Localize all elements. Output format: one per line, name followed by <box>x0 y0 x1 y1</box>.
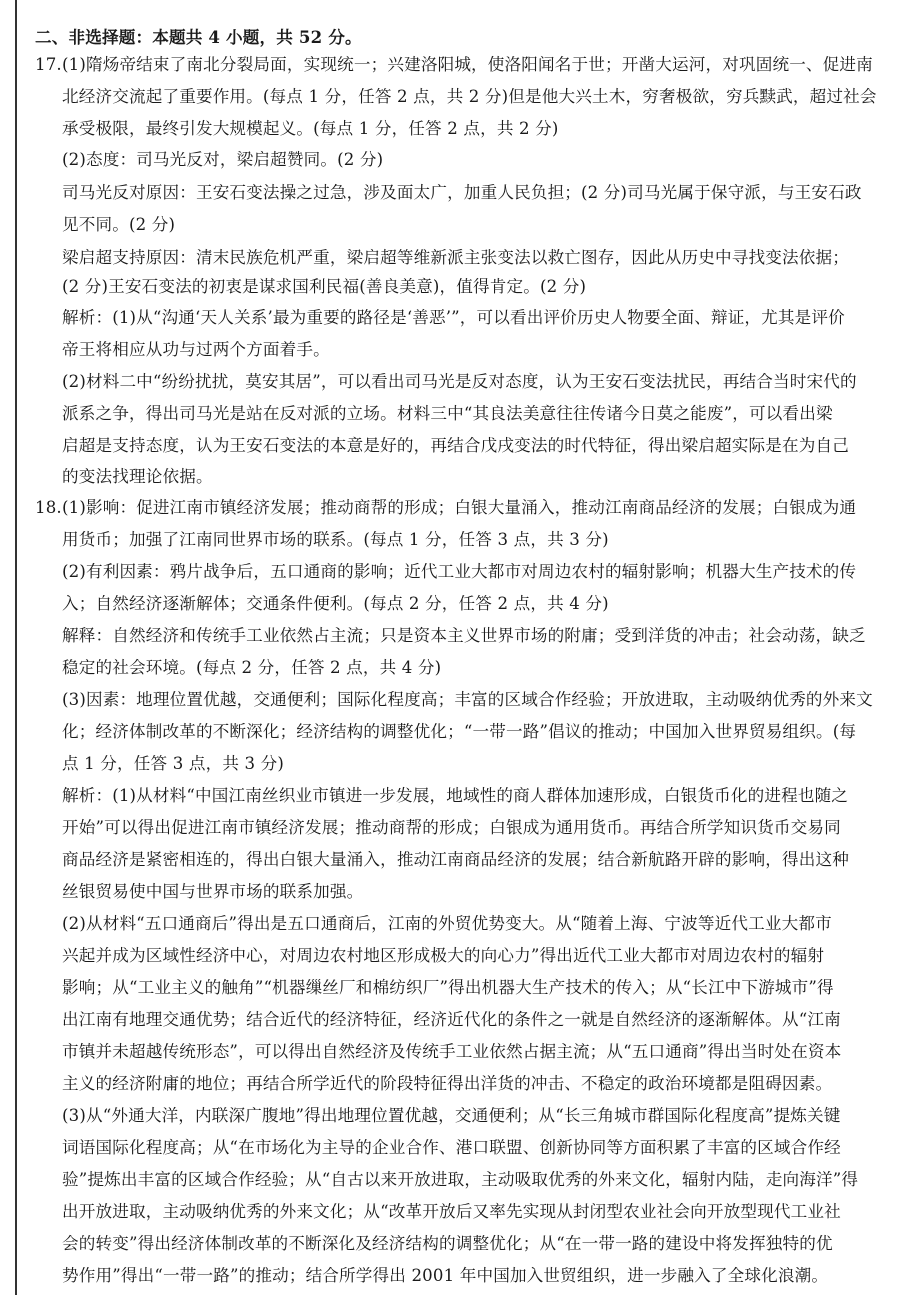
answer-line: (1)影响：促进江南市镇经济发展；推动商帮的形成；白银大量涌入，推动江南商品经济… <box>62 498 856 518</box>
analysis-line: 丝银贸易使中国与世界市场的联系加强。 <box>62 882 363 902</box>
analysis-line: 出江南有地理交通优势；结合近代的经济特征，经济近代化的条件之一就是自然经济的逐渐… <box>62 1010 841 1030</box>
analysis-line: 词语国际化程度高；从“在市场化为主导的企业合作、港口联盟、创新协同等方面积累了丰… <box>62 1138 841 1158</box>
answer-line: (2)有利因素：鸦片战争后，五口通商的影响；近代工业大都市对周边农村的辐射影响；… <box>62 562 856 582</box>
analysis-line: 主义的经济附庸的地位；再结合所学近代的阶段特征得出洋货的冲击、不稳定的政治环境都… <box>62 1074 832 1094</box>
analysis-line: 会的转变”得出经济体制改革的不断深化及经济结构的调整优化；从“在一带一路的建设中… <box>62 1234 833 1254</box>
analysis-line: (2)从材料“五口通商后”得出是五口通商后，江南的外贸优势变大。从“随着上海、宁… <box>62 914 832 934</box>
answer-line: (2 分)王安石变法的初衷是谋求国利民福(善良美意)，值得肯定。(2 分) <box>62 277 586 297</box>
answer-line: 解释：自然经济和传统手工业依然占主流；只是资本主义世界市场的附庸；受到洋货的冲击… <box>62 626 866 646</box>
analysis-line: 派系之争，得出司马光是站在反对派的立场。材料三中“其良法美意往往传诸今日莫之能废… <box>62 404 833 424</box>
analysis-line: 帝王将相应从功与过两个方面着手。 <box>62 340 330 360</box>
analysis-line: 兴起并成为区域性经济中心，对周边农村地区形成极大的向心力”得出近代工业大都市对周… <box>62 946 824 966</box>
section-heading: 二、非选择题：本题共 4 小题，共 52 分。 <box>35 27 362 47</box>
analysis-line: 势作用”得出“一带一路”的推动；结合所学得出 2001 年中国加入世贸组织，进一… <box>62 1266 828 1286</box>
answer-line: 承受极限，最终引发大规模起义。(每点 1 分，任答 2 点，共 2 分) <box>62 119 559 139</box>
answer-line: 梁启超支持原因：清末民族危机严重，梁启超等维新派主张变法以救亡图存，因此从历史中… <box>62 248 849 268</box>
answer-line: 见不同。(2 分) <box>62 215 175 235</box>
question-number: 18. <box>35 498 62 518</box>
analysis-line: 解析：(1)从“沟通‘天人关系’最为重要的路径是‘善恶’”，可以看出评价历史人物… <box>62 308 845 328</box>
analysis-line: 解析：(1)从材料“中国江南丝织业市镇进一步发展，地域性的商人群体加速形成，白银… <box>62 786 848 806</box>
analysis-line: 影响；从“工业主义的触角”“机器缫丝厂和棉纺织厂”得出机器大生产技术的传入；从“… <box>62 978 834 998</box>
analysis-line: 商品经济是紧密相连的，得出白银大量涌入，推动江南商品经济的发展；结合新航路开辟的… <box>62 850 849 870</box>
analysis-line: (2)材料二中“纷纷扰扰，莫安其居”，可以看出司马光是反对态度，认为王安石变法扰… <box>62 372 857 392</box>
analysis-line: 启超是支持态度，认为王安石变法的本意是好的，再结合戊戌变法的时代特征，得出梁启超… <box>62 436 849 456</box>
answer-line: (3)因素：地理位置优越，交通便利；国际化程度高；丰富的区域合作经验；开放进取，… <box>62 690 873 710</box>
analysis-line: 出开放进取，主动吸纳优秀的外来文化；从“改革开放后又率先实现从封闭型农业社会向开… <box>62 1202 841 1222</box>
analysis-line: 开始”可以得出促进江南市镇经济发展；推动商帮的形成；白银成为通用货币。再结合所学… <box>62 818 841 838</box>
answer-line: 化；经济体制改革的不断深化；经济结构的调整优化；“一带一路”倡议的推动；中国加入… <box>62 722 856 742</box>
answer-line: 司马光反对原因：王安石变法操之过急，涉及面太广，加重人民负担；(2 分)司马光属… <box>62 183 862 203</box>
analysis-line: 验”提炼出丰富的区域合作经验；从“自古以来开放进取，主动吸取优秀的外来文化，辐射… <box>62 1170 858 1190</box>
page-margin-line <box>15 0 17 1295</box>
answer-line: 点 1 分，任答 3 点，共 3 分) <box>62 754 284 774</box>
answer-line: (2)态度：司马光反对，梁启超赞同。(2 分) <box>62 150 383 170</box>
answer-line: 稳定的社会环境。(每点 2 分，任答 2 点，共 4 分) <box>62 658 441 678</box>
answer-line: 北经济交流起了重要作用。(每点 1 分，任答 2 点，共 2 分)但是他大兴土木… <box>62 87 877 107</box>
question-number: 17. <box>35 55 62 75</box>
answer-line: 入；自然经济逐渐解体；交通条件便利。(每点 2 分，任答 2 点，共 4 分) <box>62 594 609 614</box>
answer-line: (1)隋炀帝结束了南北分裂局面，实现统一；兴建洛阳城，使洛阳闻名于世；开凿大运河… <box>62 55 873 75</box>
analysis-line: 的变法找理论依据。 <box>62 467 213 487</box>
analysis-line: 市镇并未超越传统形态”，可以得出自然经济及传统手工业依然占据主流；从“五口通商”… <box>62 1042 841 1062</box>
analysis-line: (3)从“外通大洋，内联深广腹地”得出地理位置优越，交通便利；从“长三角城市群国… <box>62 1106 840 1126</box>
answer-line: 用货币；加强了江南同世界市场的联系。(每点 1 分，任答 3 点，共 3 分) <box>62 530 609 550</box>
